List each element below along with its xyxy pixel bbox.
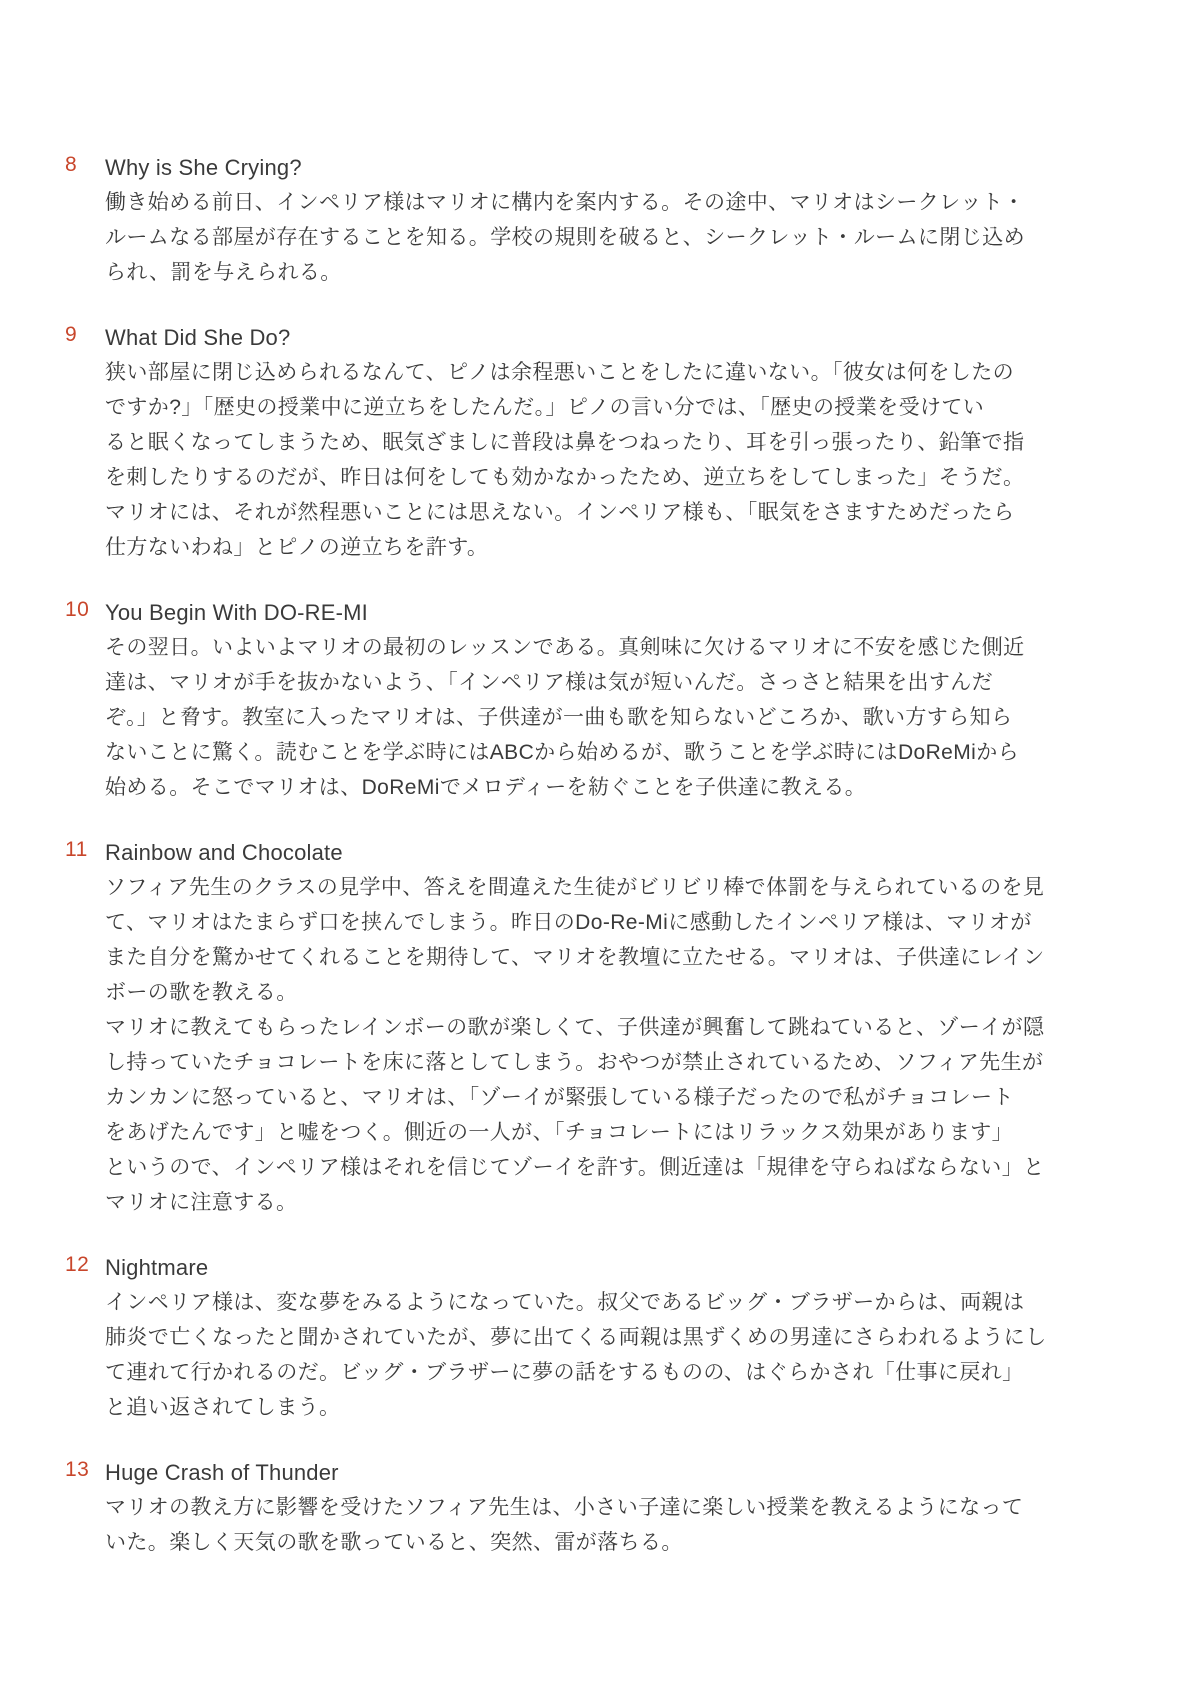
chapter-number: 13	[65, 1452, 89, 1487]
chapter-title: You Begin With DO-RE-MI	[105, 595, 1065, 630]
chapter-body: その翌日。いよいよマリオの最初のレッスンである。真剣味に欠けるマリオに不安を感じ…	[105, 630, 1095, 805]
chapter-section-8: 8 Why is She Crying? 働き始める前日、インペリア様はマリオに…	[65, 150, 1065, 290]
chapter-number: 11	[65, 832, 88, 867]
chapter-body: マリオの教え方に影響を受けたソフィア先生は、小さい子達に楽しい授業を教えるように…	[105, 1490, 1095, 1560]
chapter-section-9: 9 What Did She Do? 狭い部屋に閉じ込められるなんて、ピノは余程…	[65, 320, 1065, 565]
chapter-section-10: 10 You Begin With DO-RE-MI その翌日。いよいよマリオの…	[65, 595, 1065, 805]
chapter-body: ソフィア先生のクラスの見学中、答えを間違えた生徒がビリビリ棒で体罰を与えられてい…	[105, 870, 1095, 1220]
chapter-number: 10	[65, 592, 89, 627]
document-page: 8 Why is She Crying? 働き始める前日、インペリア様はマリオに…	[0, 0, 1200, 1696]
chapter-number: 9	[65, 317, 77, 352]
chapter-section-12: 12 Nightmare インペリア様は、変な夢をみるようになっていた。叔父であ…	[65, 1250, 1065, 1425]
chapter-body: インペリア様は、変な夢をみるようになっていた。叔父であるビッグ・ブラザーからは、…	[105, 1285, 1095, 1425]
chapter-number: 12	[65, 1247, 89, 1282]
chapter-section-13: 13 Huge Crash of Thunder マリオの教え方に影響を受けたソ…	[65, 1455, 1065, 1560]
chapter-section-11: 11 Rainbow and Chocolate ソフィア先生のクラスの見学中、…	[65, 835, 1065, 1220]
chapter-body: 働き始める前日、インペリア様はマリオに構内を案内する。その途中、マリオはシークレ…	[105, 185, 1095, 290]
chapter-title: Huge Crash of Thunder	[105, 1455, 1065, 1490]
chapter-title: Why is She Crying?	[105, 150, 1065, 185]
chapter-number: 8	[65, 147, 77, 182]
chapter-title: Rainbow and Chocolate	[105, 835, 1065, 870]
chapter-title: What Did She Do?	[105, 320, 1065, 355]
chapter-body: 狭い部屋に閉じ込められるなんて、ピノは余程悪いことをしたに違いない。「彼女は何を…	[105, 355, 1095, 565]
chapter-title: Nightmare	[105, 1250, 1065, 1285]
